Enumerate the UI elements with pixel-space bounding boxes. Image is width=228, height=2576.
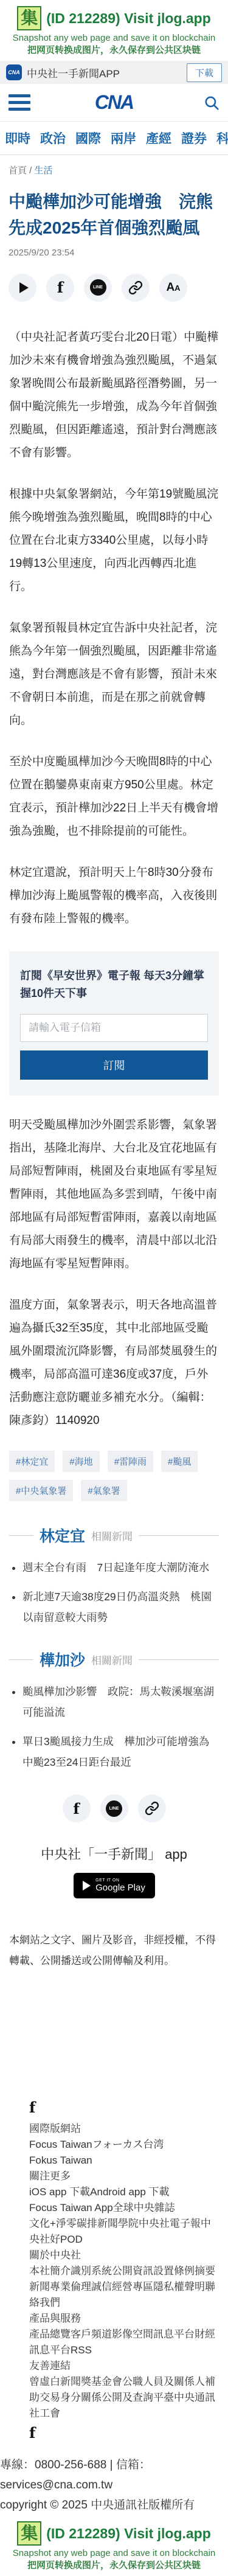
tag[interactable]: #颱風 (161, 1451, 198, 1472)
link-icon (128, 280, 143, 295)
nav-item-politics[interactable]: 政治 (40, 129, 66, 147)
related-news-link[interactable]: 颱風樺加沙影響 政院：馬太鞍溪堰塞湖可能溢流 (22, 1681, 219, 1723)
article-paragraph: （中央社記者黃巧雯台北20日電）中颱樺加沙未來有機會增強為強烈颱風，不過氣象署晚… (0, 326, 228, 465)
subscribe-button[interactable]: 訂閱 (20, 1050, 208, 1080)
facebook-icon[interactable]: f (29, 2424, 219, 2442)
google-play-icon (83, 1881, 91, 1890)
promo-banner-top: 集 (ID 212289) Visit jlog.app Snapshot an… (0, 0, 228, 61)
article-title: 中颱樺加沙可能增強 浣熊先成2025年首個強烈颱風 (0, 180, 228, 241)
footer-group-title: 產品與服務 (29, 2311, 219, 2327)
jlog-logo-icon: 集 (17, 2521, 41, 2546)
nav-item-world[interactable]: 國際 (75, 129, 101, 147)
related-section-header: 樺加沙 相關新聞 (9, 1648, 219, 1670)
promo-line1: Snapshot any web page and save it on blo… (0, 2548, 228, 2558)
facebook-icon: f (57, 279, 63, 296)
article-paragraph: 氣象署預報員林定宜告訴中央社記者，浣熊為今年第一個強烈颱風，因距離非常遙遠，對台… (0, 617, 228, 732)
related-news-link[interactable]: 單日3颱風接力生成 樺加沙可能增強為中颱23至24日距台最近 (22, 1731, 219, 1772)
nav-item-cross-strait[interactable]: 兩岸 (111, 129, 136, 147)
nav-item-business[interactable]: 產經 (146, 129, 171, 147)
bottom-share-toolbar: f LINE (0, 1781, 228, 1828)
nav-item-securities[interactable]: 證券 (181, 129, 207, 147)
footer-link[interactable]: 文化+淨零碳排新聞學院中央社電子報中央社好POD (29, 2216, 219, 2248)
menu-icon[interactable] (9, 94, 30, 111)
facebook-share-button[interactable]: f (63, 1794, 91, 1822)
newsletter-box: 訂閱《早安世界》電子報 每天3分鐘掌握10件天下事 訂閱 (9, 951, 219, 1095)
cna-logo[interactable]: CNA (95, 91, 133, 114)
app-bar-title: 中央社一手新聞APP (27, 65, 187, 80)
tag[interactable]: #中央氣象署 (9, 1480, 73, 1501)
footer-link[interactable]: 產品總覽客戶頻道影像空間訊息平台財經訊息平台RSS (29, 2327, 219, 2358)
promo-line1: Snapshot any web page and save it on blo… (0, 33, 228, 43)
search-icon (204, 95, 219, 111)
promo-link[interactable]: (ID 212289) Visit jlog.app (46, 2526, 211, 2542)
article-paragraph: 林定宜還說，預計明天上午8時30分發布樺加沙海上颱風警報的機率高，入夜後則有發布… (0, 861, 228, 931)
breadcrumb-home[interactable]: 首頁 (9, 165, 27, 176)
copy-link-button[interactable] (122, 274, 150, 302)
footer-hotline: 專線：0800-256-688 | 信箱：services@cna.com.tw (0, 2455, 226, 2495)
related-keyword[interactable]: 林定宜 (40, 1524, 85, 1546)
spacer (0, 1971, 228, 2090)
app-promo-title: 中央社「一手新聞」 app (0, 1844, 228, 1863)
app-download-bar: CNA 中央社一手新聞APP 下載 (0, 61, 228, 84)
related-news-link[interactable]: 週末全台有雨 7日起逢年度大潮防淹水 (22, 1557, 219, 1578)
article-paragraph: 根據中央氣象署網站，今年第19號颱風浣熊今晚增強為強烈颱風，晚間8時的中心位置在… (0, 483, 228, 599)
main-nav: 即時 政治 國際 兩岸 產經 證券 科技 (0, 122, 228, 155)
line-icon: LINE (90, 279, 106, 296)
footer-group-title: 友善連結 (29, 2358, 219, 2374)
font-size-icon: AA (166, 281, 180, 294)
search-button[interactable] (198, 95, 219, 111)
line-share-button[interactable]: LINE (100, 1794, 128, 1822)
footer-group-title: 關注更多 (29, 2168, 219, 2184)
nav-item-realtime[interactable]: 即時 (5, 129, 30, 147)
footer-link[interactable]: Fokus Taiwan (29, 2153, 219, 2168)
newsletter-title: 訂閱《早安世界》電子報 每天3分鐘掌握10件天下事 (20, 967, 208, 1003)
footer-link[interactable]: iOS app 下載Android app 下載 (29, 2184, 219, 2200)
related-news-link[interactable]: 新北連7天逾38度29日仍高溫炎熱 桃園以南留意較大雨勢 (22, 1586, 219, 1628)
footer-link[interactable]: 曾虛白新聞獎基金會公職人員及關係人補助交易身分關係公開及查詢平臺中央通訊社工會 (29, 2374, 219, 2422)
promo-link[interactable]: (ID 212289) Visit jlog.app (46, 10, 211, 27)
facebook-icon[interactable]: f (29, 2099, 219, 2116)
font-size-button[interactable]: AA (159, 274, 187, 302)
promo-line2: 把网页转换成图片，永久保存到公共区块链 (0, 2558, 228, 2571)
cna-app-icon: CNA (6, 64, 22, 80)
footer-link[interactable]: Focus Taiwan App全球中央雜誌 (29, 2200, 219, 2216)
footer-link[interactable]: 本社簡介識別系統公開資訊設置條例摘要新聞專業倫理誠信經營專區隱私權聲明聯絡我們 (29, 2263, 219, 2311)
listen-button[interactable] (9, 274, 36, 302)
article-paragraph: 溫度方面，氣象署表示，明天各地高溫普遍為攝氏32至35度，其中北部地區受颱風外圍… (0, 1294, 228, 1432)
article-paragraph: 至於中度颱風樺加沙今天晚間8時的中心位置在鵝鑾鼻東南東方950公里處。林定宜表示… (0, 751, 228, 843)
facebook-share-button[interactable]: f (46, 274, 74, 302)
link-icon (145, 1801, 159, 1816)
footer-group-title: 國際版網站 (29, 2121, 219, 2137)
tag[interactable]: #林定宜 (9, 1451, 55, 1472)
footer: f 國際版網站 Focus Taiwanフォーカス台湾 Fokus Taiwan… (0, 2090, 228, 2453)
copy-link-button[interactable] (138, 1794, 166, 1822)
breadcrumb: 首頁 / 生活 (0, 155, 228, 180)
tag-list: #林定宜 #海地 #雷陣雨 #颱風 #中央氣象署 #氣象署 (0, 1432, 228, 1504)
nav-item-tech[interactable]: 科技 (216, 129, 228, 147)
related-section-header: 林定宜 相關新聞 (9, 1524, 219, 1546)
related-list: 颱風樺加沙影響 政院：馬太鞍溪堰塞湖可能溢流 單日3颱風接力生成 樺加沙可能增強… (9, 1681, 219, 1772)
line-share-button[interactable]: LINE (84, 274, 112, 302)
footer-contact: 專線：0800-256-688 | 信箱：services@cna.com.tw… (0, 2453, 228, 2515)
footer-group-title: 關於中央社 (29, 2248, 219, 2263)
app-download-button[interactable]: 下載 (187, 63, 222, 82)
related-label: 相關新聞 (91, 1652, 133, 1667)
related-list: 週末全台有雨 7日起逢年度大潮防淹水 新北連7天逾38度29日仍高溫炎熱 桃園以… (9, 1557, 219, 1628)
google-play-badge[interactable]: GET IT ON Google Play (74, 1873, 155, 1898)
related-keyword[interactable]: 樺加沙 (40, 1648, 85, 1670)
facebook-icon: f (73, 1800, 79, 1817)
promo-banner-bottom: 集 (ID 212289) Visit jlog.app Snapshot an… (0, 2515, 228, 2576)
badge-bottom-text: Google Play (95, 1883, 145, 1894)
promo-line2: 把网页转换成图片，永久保存到公共区块链 (0, 43, 228, 56)
footer-copyright: copyright © 2025 中央通訊社版權所有 (0, 2495, 226, 2515)
play-icon (19, 282, 29, 293)
jlog-logo-icon: 集 (17, 6, 41, 30)
tag[interactable]: #海地 (63, 1451, 99, 1472)
line-icon: LINE (106, 1800, 122, 1817)
article-date: 2025/9/20 23:54 (0, 241, 228, 258)
site-header: CNA (0, 84, 228, 122)
tag[interactable]: #氣象署 (81, 1480, 126, 1501)
tag[interactable]: #雷陣雨 (108, 1451, 153, 1472)
breadcrumb-current[interactable]: 生活 (35, 165, 53, 176)
article-paragraph: 明天受颱風樺加沙外圍雲系影響，氣象署指出，基隆北海岸、大台北及宜花地區有局部短暫… (0, 1114, 228, 1276)
share-toolbar: f LINE AA (0, 258, 228, 308)
related-label: 相關新聞 (91, 1528, 133, 1543)
email-input[interactable] (20, 1014, 208, 1042)
footer-link[interactable]: Focus Taiwanフォーカス台湾 (29, 2137, 219, 2153)
copyright-notice: 本網站之文字、圖片及影音，非經授權，不得轉載、公開播送或公開傳輸及利用。 (0, 1930, 228, 1971)
breadcrumb-separator: / (27, 165, 35, 176)
